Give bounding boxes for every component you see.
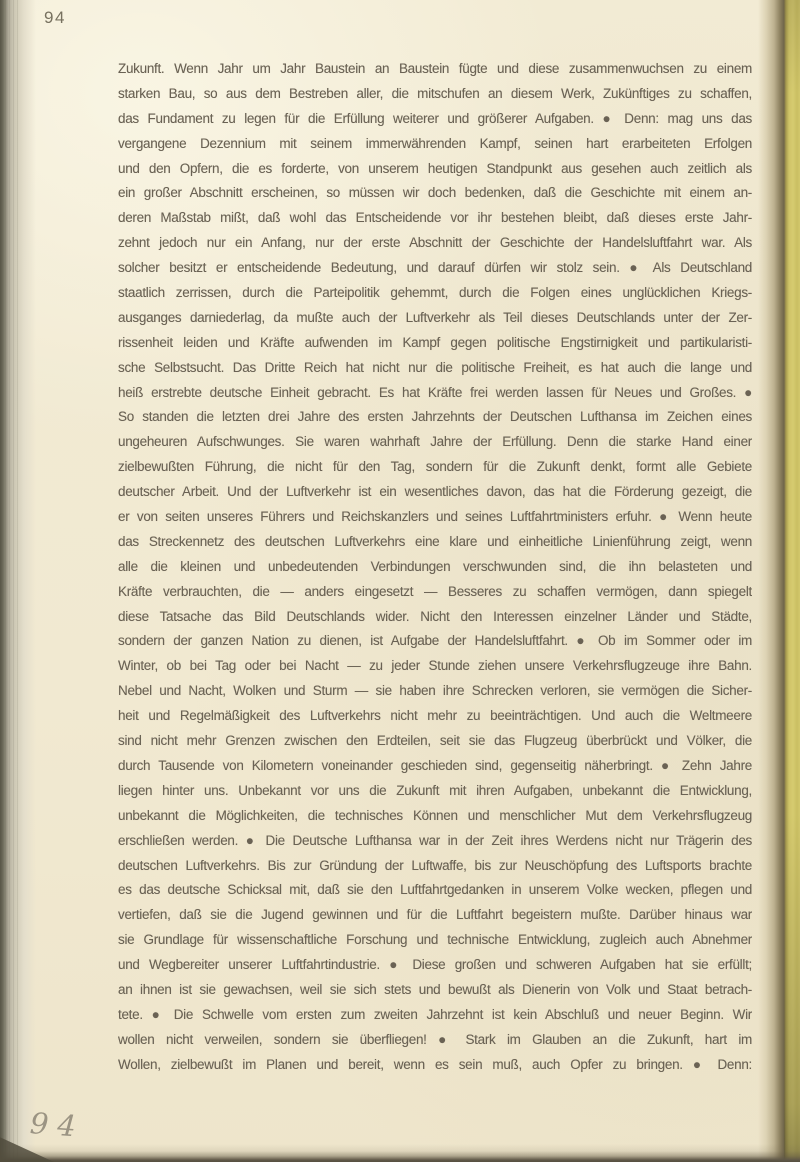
text-line: deutschen Luftverkehrs. Bis zur Gründung… [118,854,752,879]
text-line: vergangene Dezennium mit seinem immerwäh… [118,132,752,157]
text-line: sind nicht mehr Grenzen zwischen den Erd… [118,729,752,754]
text-line: Wollen, zielbewußt im Planen und bereit,… [118,1053,752,1078]
text-line: alle die kleinen und unbedeutenden Verbi… [118,555,752,580]
text-line: sche Selbstsucht. Das Dritte Reich hat n… [118,356,752,381]
text-line: erschließen werden. ● Die Deutsche Lufth… [118,829,752,854]
text-line: sondern der ganzen Nation zu dienen, ist… [118,629,752,654]
adjacent-page-edge-shade [784,0,800,1162]
text-line: deutscher Arbeit. Und der Luftverkehr is… [118,480,752,505]
text-line: zehnt jedoch nur ein Anfang, nur der ers… [118,231,752,256]
text-line: Winter, ob bei Tag oder bei Nacht — zu j… [118,654,752,679]
text-line: So standen die letzten drei Jahre des er… [118,405,752,430]
text-line: ungeheuren Aufschwunges. Sie waren wahrh… [118,430,752,455]
text-line: das Fundament zu legen für die Erfüllung… [118,107,752,132]
printed-page-number: 94 [44,8,66,28]
text-line: starken Bau, so aus dem Bestreben aller,… [118,82,752,107]
text-line: und Wegbereiter unserer Luftfahrtindustr… [118,953,752,978]
text-line: Zukunft. Wenn Jahr um Jahr Baustein an B… [118,57,752,82]
text-line: tete. ● Die Schwelle vom ersten zum zwei… [118,1003,752,1028]
text-line: es das deutsche Schicksal mit, daß sie d… [118,878,752,903]
text-line: Nebel und Nacht, Wolken und Sturm — sie … [118,679,752,704]
text-line: und den Opfern, die es forderte, von uns… [118,157,752,182]
page-edge-lines [5,0,21,1162]
handwritten-page-number: 94 [29,1106,86,1144]
text-line: heiß erstrebte deutsche Einheit gebracht… [118,381,752,406]
bottom-shadow [0,1144,800,1162]
text-line: er von seiten unseres Führers und Reichs… [118,505,752,530]
text-line: rissenheit leiden und Kräfte aufwenden i… [118,331,752,356]
text-line: Kräfte verbrauchten, die — anders einges… [118,580,752,605]
text-line: ausganges darniederlag, da mußte auch de… [118,306,752,331]
text-line: vertiefen, daß sie die Jugend gewinnen u… [118,903,752,928]
text-line: zielbewußten Führung, die nicht für den … [118,455,752,480]
text-line: diese Tatsache das Bild Deutschlands wid… [118,605,752,630]
text-line: ein großer Abschnitt erscheinen, so müss… [118,181,752,206]
text-line: das Streckennetz des deutschen Luftverke… [118,530,752,555]
body-text: Zukunft. Wenn Jahr um Jahr Baustein an B… [118,57,752,1078]
text-line: durch Tausende von Kilometern voneinande… [118,754,752,779]
text-line: solcher besitzt er entscheidende Bedeutu… [118,256,752,281]
right-page-crease [758,0,784,1162]
text-line: staatlich zerrissen, durch die Parteipol… [118,281,752,306]
text-line: an ihnen ist sie gewachsen, weil sie sic… [118,978,752,1003]
text-line: unbekannt die Möglichkeiten, die technis… [118,804,752,829]
text-line: deren Maßstab mißt, daß wohl das Entsche… [118,206,752,231]
text-line: heit und Regelmäßigkeit des Luftverkehrs… [118,704,752,729]
text-line: wollen nicht verweilen, sondern sie über… [118,1028,752,1053]
text-line: sie Grundlage für wissenschaftliche Fors… [118,928,752,953]
text-line: liegen hinter uns. Unbekannt vor uns die… [118,779,752,804]
